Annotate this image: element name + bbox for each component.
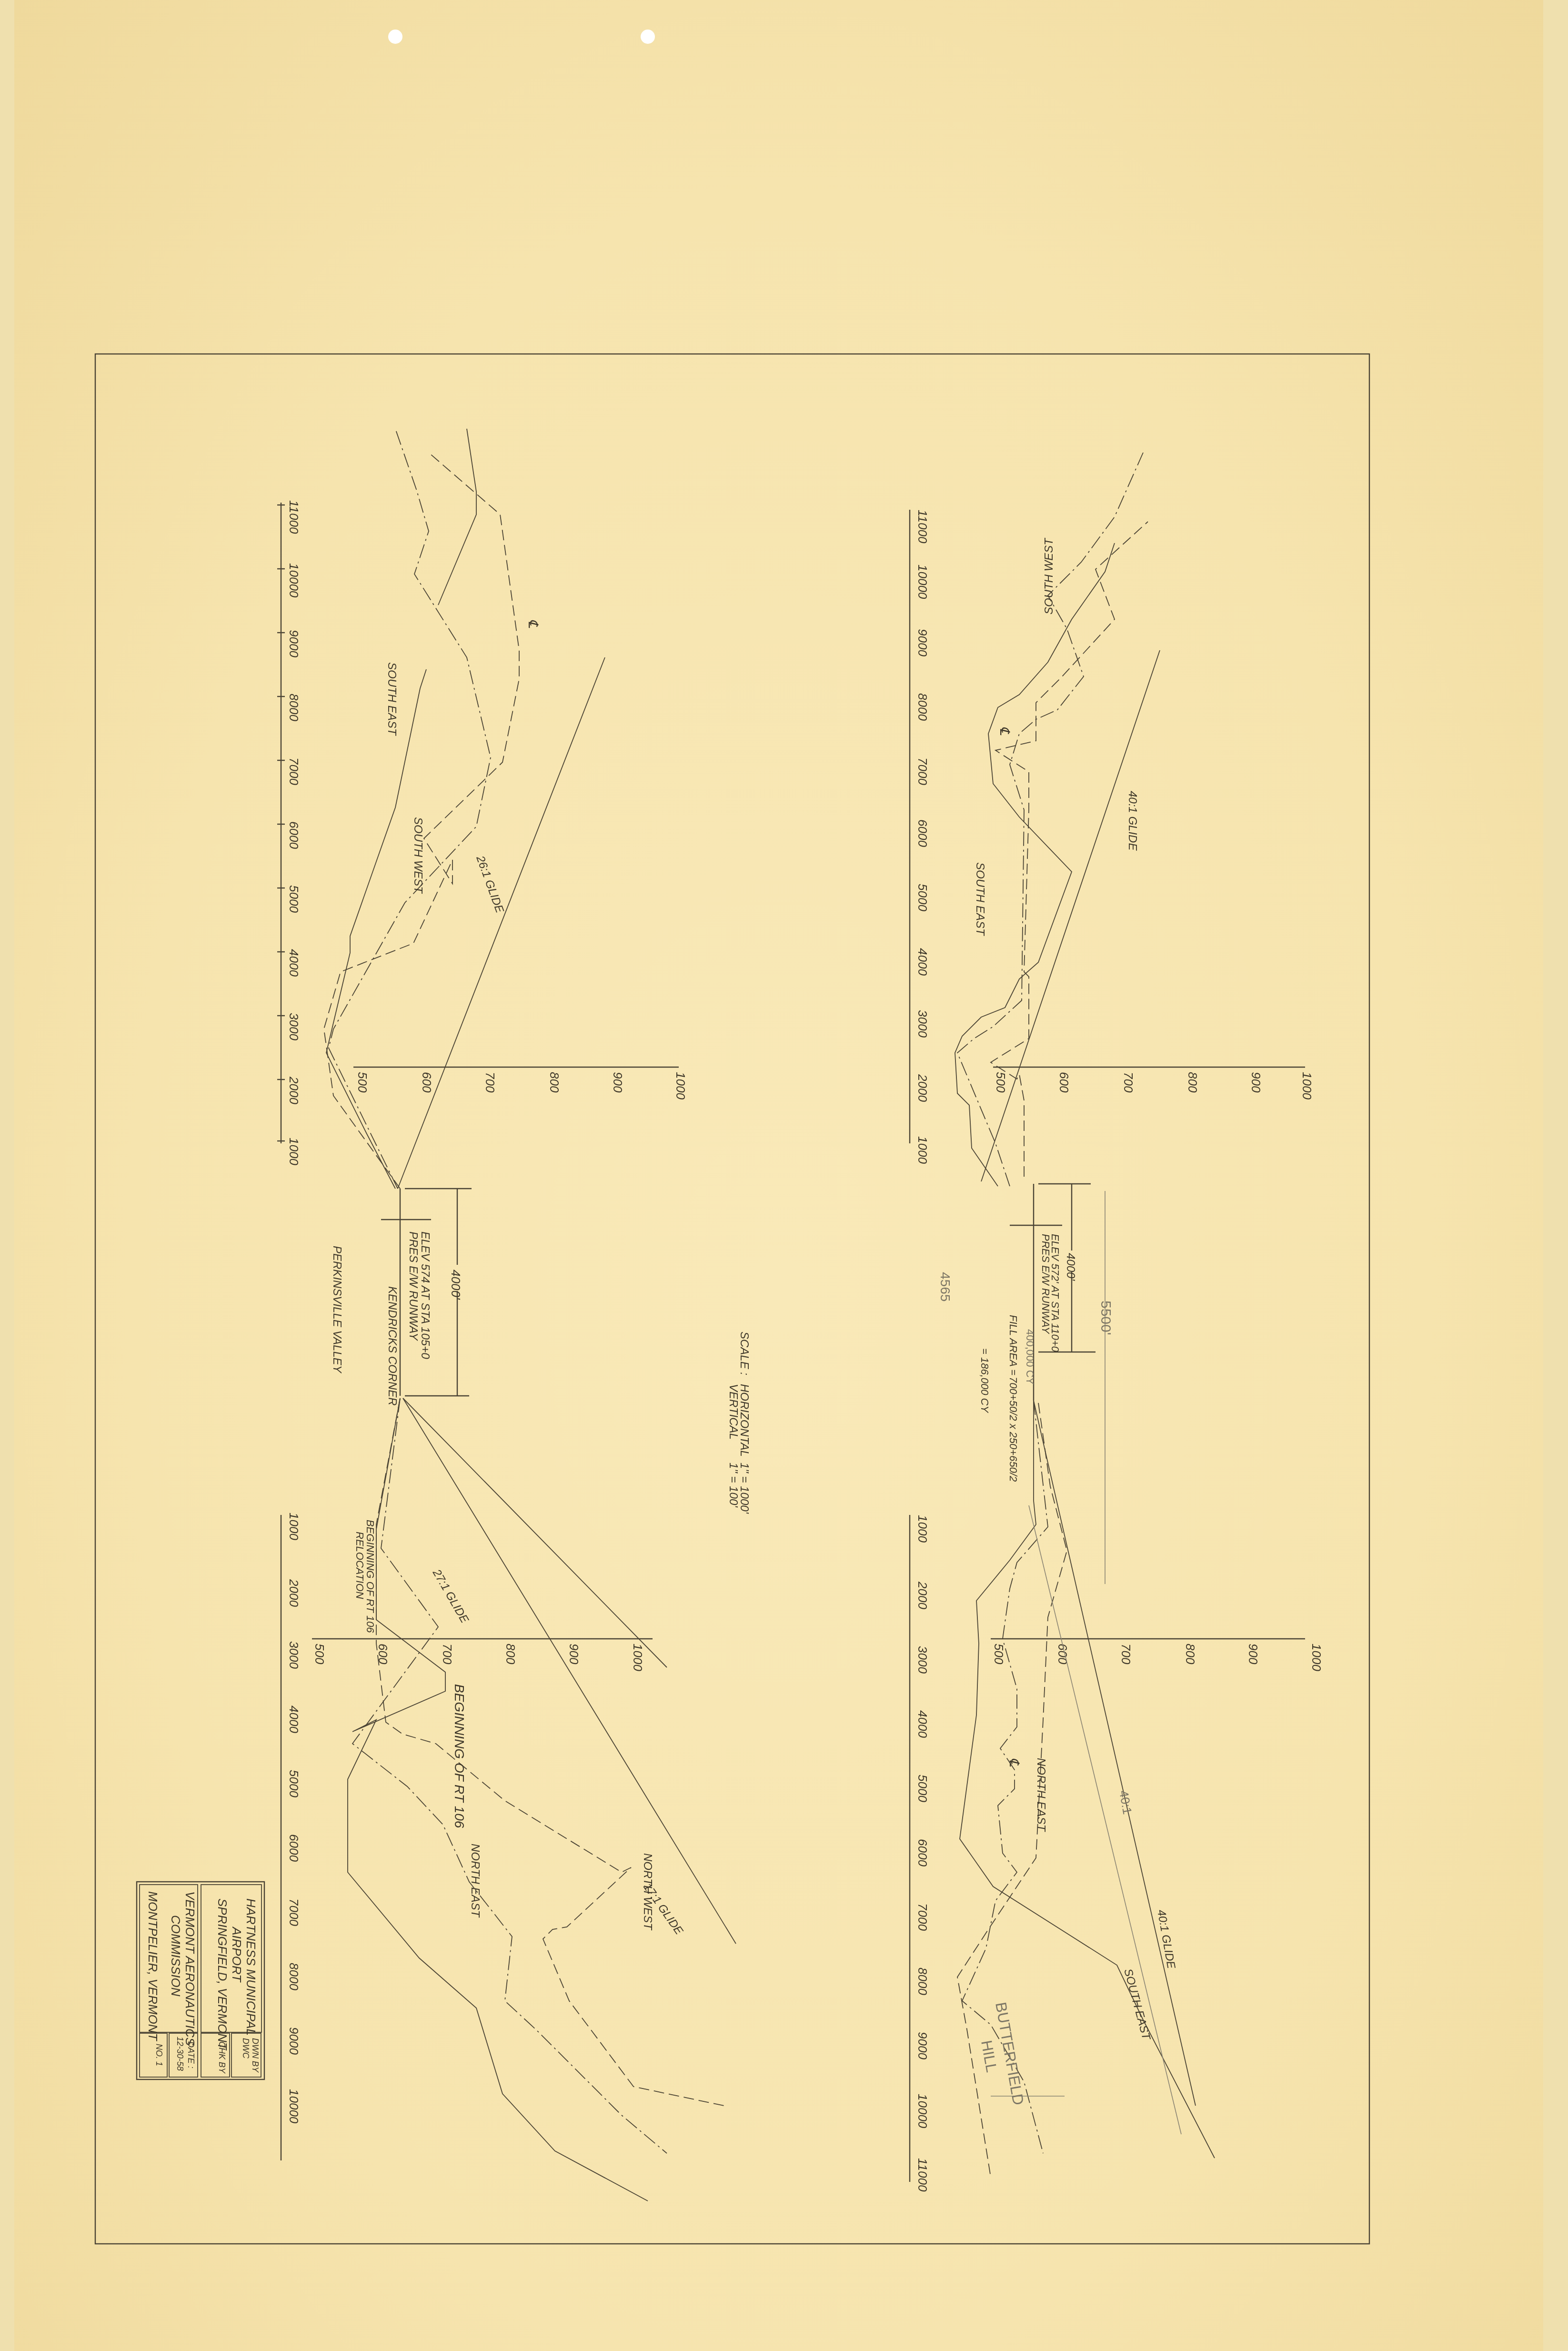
pencil-volume: 400,000 CY — [1024, 1329, 1036, 1385]
project-location: SPRINGFIELD, VERMONT — [215, 1898, 230, 2051]
scale-vertical: VERTICAL — [727, 1384, 740, 1440]
scale-vertical-value: 1" = 100' — [727, 1463, 740, 1508]
tick-label: 6000 — [915, 1839, 930, 1867]
profile-label-south-east: SOUTH EAST — [974, 862, 986, 937]
elev-label: 1000 — [673, 1072, 688, 1100]
profile-south-east — [326, 669, 426, 1189]
tick-label: 7000 — [287, 757, 301, 785]
left-runway-block: 4000' ELEV 574 AT STA 105+0 PRES E/W RUN… — [331, 1189, 472, 1406]
engineering-drawing: 11000 10000 9000 8000 7000 6000 5000 400… — [0, 0, 1568, 2351]
tick-label: 7000 — [915, 1903, 930, 1931]
sheet-number: NO. 1 — [154, 2044, 164, 2066]
tick-label: 2000 — [915, 1581, 930, 1609]
centerline-symbol: ℄ — [997, 726, 1012, 736]
tick-label: 2000 — [287, 1076, 301, 1104]
elev-label: 500 — [992, 1644, 1006, 1665]
profile-label-south-east: SOUTH EAST — [1121, 1968, 1153, 2042]
tick-label: 9000 — [287, 630, 301, 657]
elev-label: 700 — [1119, 1644, 1133, 1665]
profile-bottom-left: 1000 2000 3000 4000 5000 6000 7000 8000 … — [281, 1398, 736, 2201]
pencil-glide-slope — [1029, 1505, 1181, 2134]
drawing-border — [95, 354, 1369, 2244]
profile-north-west — [376, 1398, 724, 2106]
pencil-length: 5500' — [1098, 1301, 1114, 1335]
tick-label: 6000 — [287, 1834, 301, 1862]
fill-area-result: = 186,000 CY — [979, 1348, 991, 1413]
tick-label: 2000 — [287, 1579, 301, 1607]
scale-label: SCALE : — [738, 1332, 751, 1375]
tick-label: 5000 — [287, 885, 301, 913]
tick-label: 11000 — [915, 510, 930, 544]
elev-label: 900 — [1246, 1644, 1260, 1665]
tick-label: 1000 — [915, 1515, 930, 1543]
tick-label: 2000 — [915, 1074, 930, 1102]
profile-top-left: 11000 10000 9000 8000 7000 6000 5000 400… — [277, 429, 688, 1189]
project-name-line1: HARTNESS MUNICIPAL — [244, 1898, 258, 2036]
glide-label: 26:1 GLIDE — [473, 854, 506, 915]
elev-label: 900 — [611, 1072, 625, 1093]
profile-south-east — [960, 1401, 1215, 2158]
centerline-symbol: ℄ — [526, 619, 541, 628]
tick-label: 9000 — [915, 2032, 930, 2059]
profile-label-south-east: SOUTH EAST — [385, 662, 398, 737]
elev-note-line2: PRES E/W RUNWAY — [407, 1231, 420, 1341]
tick-label: 1000 — [915, 1136, 930, 1164]
tick-label: 1000 — [287, 1513, 301, 1540]
elev-label: 500 — [312, 1644, 327, 1665]
drawn-by-label: DWN BY — [251, 2038, 260, 2073]
tick-label: 3000 — [915, 1010, 930, 1038]
tick-label: 11000 — [915, 2158, 930, 2192]
place-kendricks-corner: KENDRICKS CORNER — [386, 1286, 399, 1406]
profile-centerline — [352, 1398, 667, 2153]
tick-label: 4000 — [915, 948, 930, 976]
agency-location: MONTPELIER, VERMONT — [146, 1891, 160, 2042]
tick-label: 11000 — [287, 500, 301, 534]
elev-label: 700 — [440, 1644, 454, 1665]
elev-label: 1000 — [631, 1644, 645, 1671]
tick-label: 5000 — [915, 1775, 930, 1802]
tick-label: 6000 — [287, 821, 301, 849]
tick-label: 8000 — [287, 694, 301, 721]
elev-note-line1: ELEV 574 AT STA 105+0 — [419, 1231, 432, 1359]
tick-label: 6000 — [915, 819, 930, 847]
elev-label: 600 — [1055, 1644, 1070, 1665]
tick-label: 5000 — [287, 1770, 301, 1797]
elev-label: 800 — [547, 1072, 562, 1093]
tick-label: 10000 — [287, 2089, 301, 2124]
tick-label: 10000 — [287, 563, 301, 598]
elev-label: 700 — [1121, 1072, 1136, 1093]
profile-bottom-right: 1000 2000 3000 4000 5000 6000 7000 8000 … — [910, 1401, 1324, 2192]
relocation-note-line2: RELOCATION — [354, 1532, 366, 1599]
pencil-note: 4565 — [938, 1272, 953, 1302]
tick-label: 4000 — [287, 949, 301, 977]
date-value: 12-30-58 — [175, 2037, 185, 2071]
elev-label: 800 — [1183, 1644, 1197, 1665]
elev-label: 500 — [994, 1072, 1008, 1093]
profile-label-south-west: SOUTH WEST — [1043, 537, 1055, 615]
project-name-line2: AIRPORT — [230, 1926, 244, 1983]
elev-label: 900 — [567, 1644, 581, 1665]
pencil-glide-label: 40:1 — [1116, 1789, 1135, 1816]
tick-label: 9000 — [915, 629, 930, 656]
elev-label: 600 — [376, 1644, 390, 1665]
elev-label: 700 — [483, 1072, 497, 1093]
glide-slope-40-1 — [1034, 1401, 1196, 2106]
elev-note-line2: PRES E/W RUNWAY — [1040, 1234, 1052, 1334]
elev-label: 900 — [1249, 1072, 1263, 1093]
tick-label: 10000 — [915, 2094, 930, 2129]
tick-label: 8000 — [287, 1963, 301, 1990]
profile-label-north-east: NORTH EAST — [469, 1844, 482, 1918]
fill-area-label: FILL AREA = — [1007, 1315, 1019, 1375]
tick-label: 1000 — [287, 1138, 301, 1165]
glide-slope-17-1 — [403, 1398, 736, 1944]
tick-label: 5000 — [915, 884, 930, 911]
right-runway-block: 4000' ELEV 572' AT STA 110+0 PRES E/W RU… — [938, 1184, 1114, 1584]
agency-line1: VERMONT AERONAUTICS — [183, 1891, 197, 2046]
elev-label: 500 — [355, 1072, 370, 1093]
profile-south-east-end — [438, 429, 476, 605]
glide-label: 40:1 GLIDE — [1126, 791, 1139, 851]
place-perkinsville-valley: PERKINSVILLE VALLEY — [331, 1246, 343, 1374]
tick-label: 3000 — [287, 1013, 301, 1040]
glide-slope-26-1 — [398, 657, 605, 1189]
elev-label: 800 — [1186, 1072, 1200, 1093]
profile-label-north-west: NORTH WEST — [641, 1853, 654, 1931]
tick-label: 7000 — [287, 1898, 301, 1926]
elev-label: 600 — [1057, 1072, 1071, 1093]
tick-label: 8000 — [915, 693, 930, 721]
elev-label: 1000 — [1309, 1644, 1324, 1671]
runway-length: 4000' — [449, 1270, 463, 1300]
title-block: HARTNESS MUNICIPAL AIRPORT SPRINGFIELD, … — [137, 1882, 264, 2079]
glide-label-27-1: 27:1 GLIDE — [430, 1567, 471, 1626]
tick-label: 8000 — [915, 1968, 930, 1995]
tick-label: 7000 — [915, 757, 930, 785]
date-label: DATE : — [186, 2041, 196, 2068]
centerline-symbol: ℄ — [1007, 1758, 1022, 1767]
profile-centerline — [329, 429, 491, 1189]
tick-label: 3000 — [287, 1641, 301, 1669]
tick-label: 10000 — [915, 565, 930, 599]
elev-label: 600 — [420, 1072, 434, 1093]
profile-north-east — [348, 1398, 648, 2201]
glide-label: 40:1 GLIDE — [1155, 1908, 1178, 1970]
tick-label: 9000 — [287, 2027, 301, 2055]
glide-slope-27-1 — [403, 1398, 667, 1667]
profile-label-north-east: NORTH EAST — [1035, 1758, 1047, 1833]
elev-label: 1000 — [1300, 1072, 1314, 1100]
profile-label-south-west: SOUTH WEST — [412, 817, 424, 894]
drawn-by-value: DWC — [241, 2038, 251, 2059]
elev-label: 800 — [503, 1644, 518, 1665]
tick-label: 4000 — [915, 1710, 930, 1738]
checked-by-label: CHK BY — [217, 2041, 227, 2074]
pencil-hill-line2: HILL — [978, 2039, 1000, 2074]
tick-label: 4000 — [287, 1705, 301, 1733]
fill-area-formula: 700+50/2 x 250+650/2 — [1007, 1377, 1019, 1482]
tick-label: 3000 — [915, 1646, 930, 1674]
profile-top-right: 11000 10000 9000 8000 7000 6000 5000 400… — [910, 453, 1314, 1186]
runway-length: 4000' — [1064, 1253, 1077, 1281]
agency-line2: COMMISSION — [169, 1915, 183, 1997]
relocation-line1: BEGINNING OF RT 106 — [452, 1684, 467, 1828]
scale-note: SCALE : HORIZONTAL VERTICAL 1" = 1000' 1… — [727, 1332, 751, 1514]
